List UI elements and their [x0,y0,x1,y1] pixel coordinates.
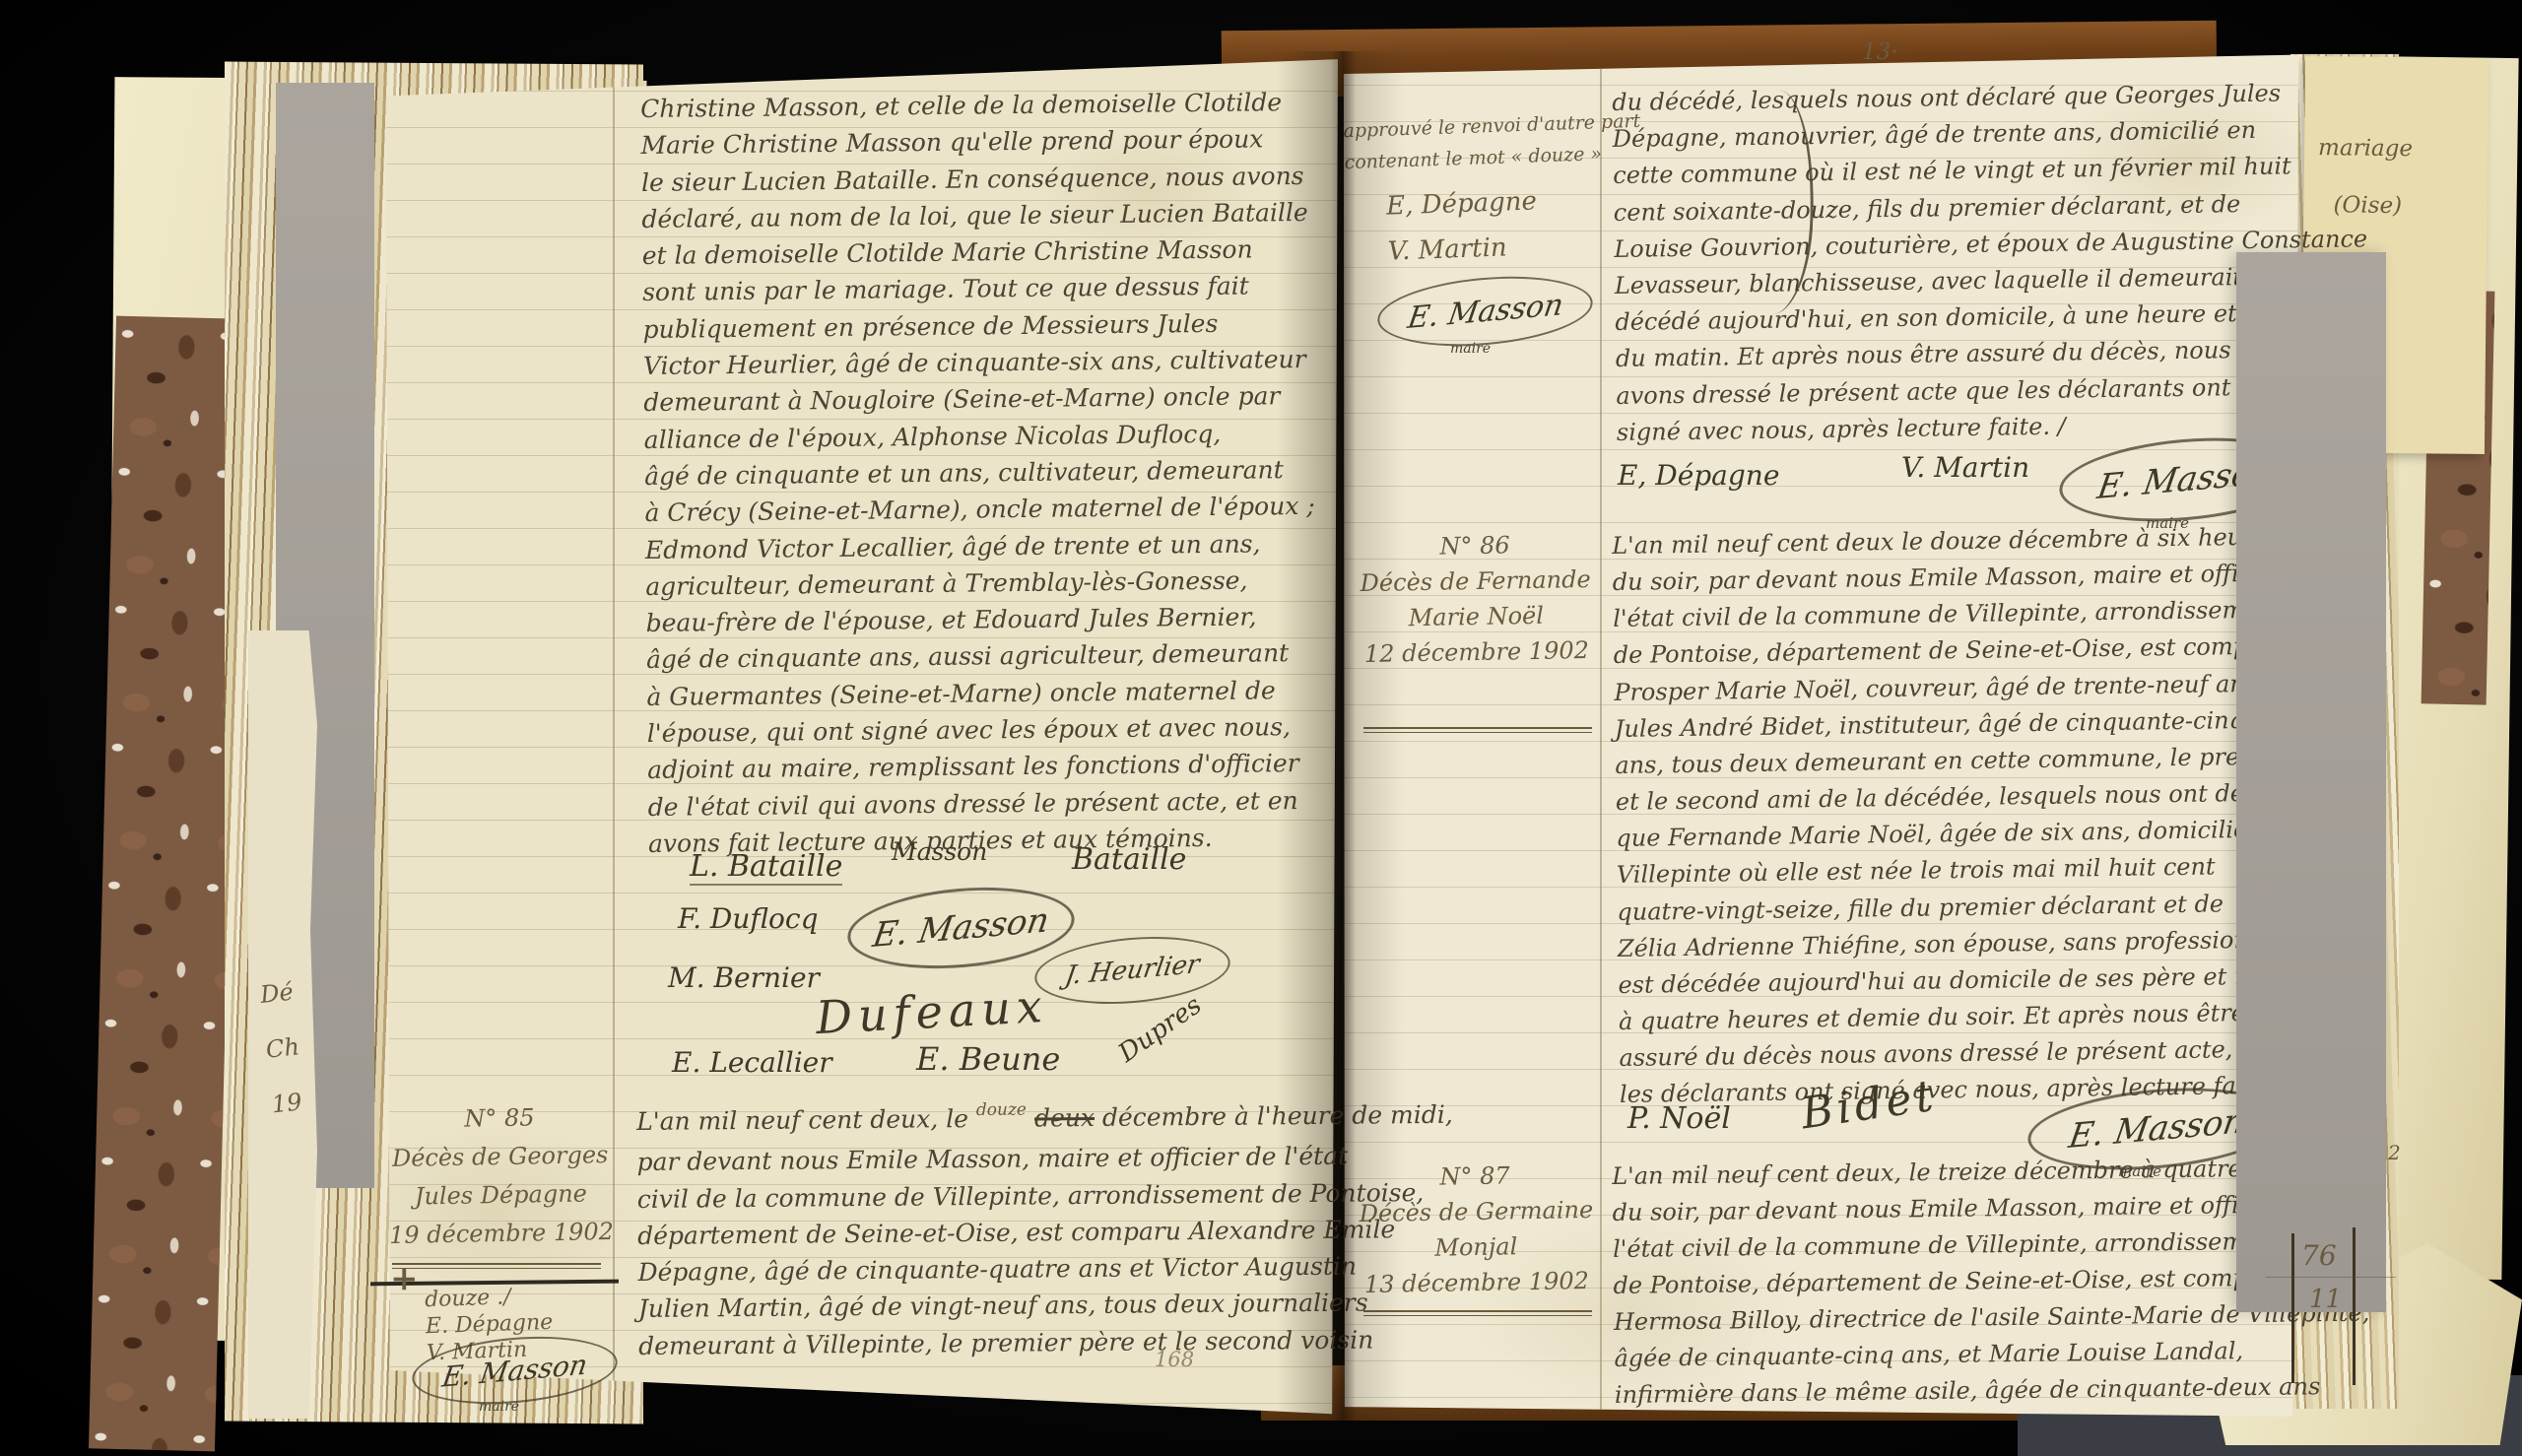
handwritten-line: N° 85 [385,1097,615,1140]
mayor-title: maire [1450,341,1491,357]
handwritten-line: E. Dépagne [426,1309,554,1340]
handwritten-line: de l'état civil qui avons dressé le prés… [647,781,1337,826]
handwritten-line: par devant nous Emile Masson, maire et o… [636,1138,1336,1180]
inserted-word-douze: douze [976,1100,1027,1120]
handwritten-line: Jules Dépagne [386,1174,616,1217]
edge-ink-rule [2353,1227,2356,1385]
act-85-margin-note: N° 85Décès de GeorgesJules Dépagne19 déc… [385,1097,617,1255]
fragment-line: mariage [2318,135,2413,162]
page-number: 13· [1862,39,1898,65]
act-85-margin-rule [392,1263,601,1269]
signature-masson-mayor: E. Masson [1405,287,1565,335]
handwritten-line: civil de la commune de Villepinte, arron… [637,1174,1337,1217]
fragment-line: Dé [257,964,296,1023]
act-85-continuation-text: du décédé, lesquels nous ont déclaré que… [1612,76,2262,451]
handwritten-line: département de Seine-et-Oise, est compar… [637,1212,1337,1254]
act-85-body-lines: par devant nous Emile Masson, maire et o… [636,1138,1338,1364]
fragment-line: 19 [269,1074,307,1132]
act-85-cross-mark: + [390,1259,419,1298]
signature-beune: E. Beune [916,1040,1060,1078]
signature-heurlier: J. Heurlier [1063,950,1202,991]
folio-number-pencil: 168 [1155,1348,1194,1371]
act-86-body-text: L'an mil neuf cent deux le douze décembr… [1612,519,2265,1114]
struck-word-deux: deux [1034,1103,1095,1133]
edge-tab-number-76: 76 [2301,1239,2337,1272]
signature-bernier: M. Bernier [668,961,820,994]
signature-masson-mayor: E. Masson [870,900,1052,956]
handwritten-line: V. Martin [1387,224,1539,274]
signature-masson-bride: Masson [892,837,987,866]
left-sheet-fragment-text: Dé Ch 19 [257,964,307,1133]
act-85-opening-line: L'an mil neuf cent deux, le douze deux d… [636,1097,1338,1364]
handwritten-line: demeurant à Nougloire (Seine-et-Marne) o… [643,377,1333,422]
handwritten-line: Julien Martin, âgé de vingt-neuf ans, to… [638,1285,1338,1327]
handwritten-line: sont unis par le mariage. Tout ce que de… [642,267,1332,311]
edge-ink-rule [2291,1233,2294,1383]
handwritten-line: L'an mil neuf cent deux, le douze deux d… [636,1097,1336,1144]
approval-note-signatures: E, DépagneV. Martin [1385,178,1539,274]
marriage-act-conclusion-text: Christine Masson, et celle de la demoise… [640,84,1338,863]
book-gutter-shadow [1277,51,1405,1421]
loose-sheet-left: Dé Ch 19 [248,630,317,1419]
act-87-body-text: L'an mil neuf cent deux, le treize décem… [1612,1151,2265,1414]
mayor-title: maire [479,1399,519,1415]
signature-depagne: E, Dépagne [1618,459,1779,492]
signature-bataille-groom: L. Bataille [690,849,842,886]
fragment-line: (Oise) [2333,192,2402,219]
signature-lecallier: E. Lecallier [672,1046,832,1079]
signature-masson-mayor: E. Masson [2066,1101,2248,1157]
grey-blotter-right [2236,252,2386,1312]
handwritten-line: demeurant à Villepinte, le premier père … [638,1322,1338,1364]
photograph-of-open-register: mariage (Oise) et Dé Ch 19 Christine Mas… [0,0,2522,1456]
line-text: L'an mil neuf cent deux, le [636,1104,968,1136]
handwritten-line: Dépagne, âgé de cinquante-quatre ans et … [637,1248,1337,1291]
signature-masson-mayor: E. Masson [439,1348,589,1393]
signature-noel: P. Noël [1627,1101,1731,1136]
handwritten-line: E, Dépagne [1385,178,1537,229]
edge-corner-mark: 2 [2388,1141,2401,1164]
edge-tab-number-11: 11 [2309,1285,2342,1314]
handwritten-line: Décès de Georges [385,1136,615,1178]
handwritten-line: 19 décembre 1902 [387,1213,617,1255]
signature-duflocq: F. Duflocq [678,902,819,935]
signature-bataille-father: Bataille [1072,842,1186,877]
fragment-line: Ch [263,1019,301,1077]
edge-faint-rule [2266,1277,2396,1278]
signature-martin: V. Martin [1901,451,2029,484]
